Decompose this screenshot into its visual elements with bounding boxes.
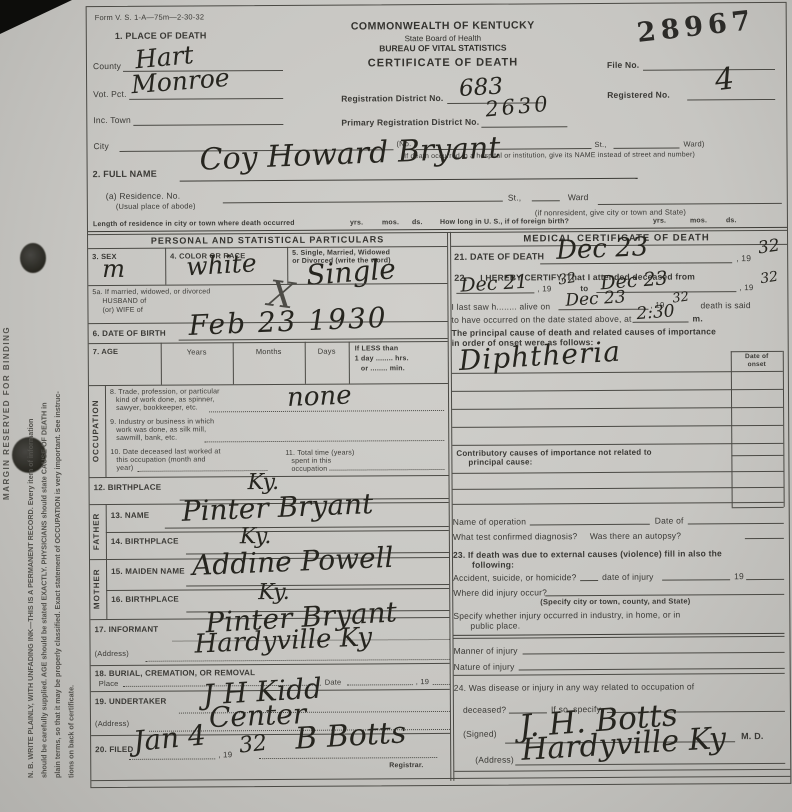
residence-ward-line: [598, 203, 782, 205]
filed-label: 20. FILED: [95, 745, 133, 754]
father-name-label: 13. NAME: [111, 511, 150, 520]
operation-line: [530, 524, 650, 526]
cell-divider: [165, 248, 166, 285]
row-line: [91, 663, 450, 666]
filed-date-value: Jan 4: [132, 721, 207, 756]
full-name-line: [180, 178, 638, 182]
registration-district-label: Registration District No.: [341, 93, 443, 104]
last-saw-year: 32: [672, 290, 690, 305]
occurred-label: to have occurred on the date stated abov…: [452, 314, 632, 325]
age-years-header: Years: [161, 347, 233, 356]
spouse-label-3: (or) WIFE of: [102, 307, 143, 314]
time-of-death-value: 2:30: [636, 303, 675, 323]
inc-town-line: [133, 124, 283, 126]
cause-of-death-value: Diphtheria: [458, 338, 622, 375]
deceased-label: deceased?: [463, 705, 506, 715]
abode-note: (Usual place of abode): [116, 201, 196, 210]
mother-name-value: Addine Powell: [192, 544, 395, 580]
signed-label: (Signed): [463, 729, 497, 739]
physician-address-label: (Address): [475, 755, 514, 765]
county-label: County: [93, 61, 121, 71]
dob-label: 6. DATE OF BIRTH: [93, 329, 166, 338]
trade-label-2: kind of work done, as spinner,: [116, 396, 215, 404]
last-worked-label-2: this occupation (month and: [116, 456, 205, 464]
occupation-question-label: 24. Was disease or injury in any way rel…: [454, 681, 695, 692]
specify-injury-label: Specify whether injury occurred in indus…: [453, 610, 680, 621]
trade-value: none: [287, 382, 353, 411]
trade-label-3: sawyer, bookkeeper, etc.: [116, 404, 198, 411]
residence-st-label: St.,: [508, 192, 522, 202]
autopsy-label: Was there an autopsy?: [590, 531, 681, 542]
father-birthplace-value: Ky.: [240, 526, 272, 548]
city-label: City: [93, 141, 109, 151]
nonresident-note: (if nonresident, give city or town and S…: [535, 207, 686, 217]
row-line: [89, 383, 448, 386]
total-time-leaders: [329, 469, 444, 471]
age-less-label-2: 1 day ........ hrs.: [355, 355, 409, 362]
contributory-label-2: principal cause:: [468, 457, 532, 466]
specify-injury-label-2: public place.: [470, 621, 520, 631]
death-said-label: death is said: [700, 300, 750, 310]
age-label: 7. AGE: [93, 347, 119, 356]
commonwealth-title: COMMONWEALTH OF KENTUCKY: [337, 19, 549, 32]
last-saw-value: Dec 23: [565, 289, 626, 309]
autopsy-line: [745, 538, 784, 539]
full-name-value: Coy Howard Bryant: [199, 133, 501, 175]
section-rule-inner: [453, 636, 784, 639]
onset-box-right: [783, 351, 785, 507]
industry-label-2: work was done, as silk mill,: [116, 426, 206, 434]
injury-year-label: 19: [734, 571, 744, 581]
attended-from-year: 32: [557, 271, 577, 287]
registered-no-line: [687, 99, 775, 101]
filed-year-value: 32: [238, 733, 268, 758]
mother-birthplace-label: 16. BIRTHPLACE: [111, 595, 179, 604]
injury-year-line: [746, 579, 784, 580]
spouse-label: 5a. If married, widowed, or divorced: [92, 288, 210, 296]
certificate-title: CERTIFICATE OF DEATH: [337, 56, 549, 69]
cause-rule: [452, 471, 783, 474]
specify-city-note: (Specify city or town, county, and State…: [540, 596, 690, 606]
where-injury-label: Where did injury occur?: [453, 587, 547, 598]
last-worked-label-3: year): [116, 465, 133, 472]
accident-label: Accident, suicide, or homicide?: [453, 572, 576, 583]
row-line: [89, 341, 448, 344]
onset-cell-rule: [731, 455, 783, 456]
last-worked-label: 10. Date deceased last worked at: [110, 448, 220, 456]
precinct-label: Vot. Pct.: [93, 89, 127, 99]
age-days-header: Days: [305, 347, 349, 356]
length-mos-label: mos.: [382, 219, 399, 226]
test-label: What test confirmed diagnosis?: [453, 531, 578, 542]
attended-from-year-label: , 19: [537, 284, 551, 293]
total-time-label-3: occupation: [291, 466, 327, 473]
onset-box-left: [731, 351, 733, 507]
industry-label: 9. Industry or business in which: [110, 418, 214, 426]
operation-label: Name of operation: [453, 516, 526, 526]
how-long-us-label: How long in U. S., if of foreign birth?: [440, 218, 569, 226]
file-no-line: [643, 69, 775, 71]
registered-no-value: 4: [713, 64, 735, 96]
occupation-side-label: OCCUPATION: [91, 387, 105, 475]
father-birthplace-label: 14. BIRTHPLACE: [111, 537, 179, 546]
burial-date-line: [347, 684, 413, 685]
date-of-death-year-value: 32: [757, 237, 781, 257]
burial-year-line: [433, 684, 450, 685]
cause-rule: [453, 487, 784, 490]
nature-injury-line: [519, 668, 785, 671]
race-value: white: [186, 250, 258, 279]
length-yrs-label: yrs.: [350, 219, 363, 226]
certificate-form: Form V. S. 1-A—75m—2-30-32 1. PLACE OF D…: [86, 2, 792, 788]
time-line: [633, 321, 689, 322]
burial-date-label: Date: [325, 678, 342, 687]
operation-date-line: [688, 523, 784, 525]
primary-district-label: Primary Registration District No.: [341, 117, 479, 128]
mother-side-label: MOTHER: [92, 561, 105, 617]
length-ds-label: ds.: [412, 219, 423, 226]
registered-no-label: Registered No.: [607, 90, 670, 100]
father-name-value: Pinter Bryant: [181, 490, 374, 526]
injury-date-line: [662, 579, 730, 580]
manner-injury-label: Manner of injury: [454, 646, 518, 656]
date-of-death-value: Dec 23: [556, 234, 649, 264]
undertaker-label: 19. UNDERTAKER: [95, 697, 167, 706]
onset-header-line: onset: [731, 360, 783, 368]
spouse-label-2: HUSBAND of: [102, 298, 146, 305]
place-of-death-heading: 1. PLACE OF DEATH: [115, 30, 207, 41]
filed-line: [129, 758, 215, 760]
age-less-label: If LESS than: [355, 345, 399, 352]
residence-ward-label: Ward: [568, 192, 589, 202]
cell-divider: [349, 342, 350, 384]
occupation-strip-divider: [105, 385, 107, 477]
margin-binding-note: MARGIN RESERVED FOR BINDING: [2, 170, 11, 500]
age-months-header: Months: [233, 347, 305, 356]
us-yrs-label: yrs.: [653, 218, 666, 225]
cause-rule: [453, 502, 784, 505]
informant-address-line: [146, 659, 450, 662]
bottom-rule: [454, 769, 790, 772]
registrar-label: Registrar.: [389, 762, 423, 769]
md-label: M. D.: [741, 731, 764, 741]
manner-injury-line: [523, 652, 785, 655]
birthplace-label: 12. BIRTHPLACE: [94, 483, 162, 492]
physician-address-value: Hardyville Ky: [520, 724, 726, 766]
margin-instruction-line: plain terms, so that it may be properly …: [51, 10, 65, 778]
cause-rule: [452, 425, 783, 428]
industry-leaders: [204, 440, 444, 442]
age-less-label-3: or ........ min.: [361, 365, 405, 372]
residence-line: [223, 201, 503, 204]
onset-header: Date of onset: [731, 353, 783, 368]
total-time-label: 11. Total time (years): [285, 450, 354, 457]
last-saw-line: [558, 309, 648, 311]
residence-label: (a) Residence. No.: [106, 191, 181, 201]
form-number: Form V. S. 1-A—75m—2-30-32: [95, 12, 205, 22]
date-of-death-label: 21. DATE OF DEATH: [454, 251, 544, 262]
full-name-label: 2. FULL NAME: [93, 169, 157, 179]
external-causes-label-2: following:: [472, 560, 514, 570]
precinct-line: [129, 98, 283, 100]
accident-line: [580, 580, 598, 581]
us-mos-label: mos.: [690, 217, 707, 224]
last-saw-label: I last saw h........ alive on: [451, 301, 550, 312]
margin-instruction-line: tions on back of certificate.: [65, 10, 79, 778]
inc-town-label: Inc. Town: [93, 115, 131, 125]
cause-rule: [452, 389, 783, 392]
filed-year-label: , 19: [218, 750, 232, 759]
margin-instructions: N. B. WRITE PLAINLY, WITH UNFADING INK—T…: [24, 10, 78, 778]
personal-section-heading: PERSONAL AND STATISTICAL PARTICULARS: [88, 234, 447, 246]
informant-address-value: Hardyville Ky: [194, 624, 373, 657]
injury-date-label: date of injury: [602, 572, 654, 582]
registrar-signature: B Botts: [294, 718, 407, 754]
onset-box-bottom: [732, 507, 784, 508]
form-bottom-inner-line: [91, 776, 790, 781]
row-line: [88, 246, 447, 249]
burial-year-label: , 19: [416, 677, 429, 686]
father-side-label: FATHER: [92, 505, 105, 557]
certificate-stamp-number: 28967: [635, 5, 757, 49]
dob-value: Feb 23 1930: [188, 304, 388, 340]
file-no-label: File No.: [607, 60, 639, 70]
attended-to-year: 32: [759, 270, 779, 286]
industry-label-3: sawmill, bank, etc.: [116, 435, 177, 442]
undertaker-address-label: (Address): [95, 719, 129, 728]
mother-name-line: [186, 584, 449, 587]
primary-district-value: 2630: [484, 94, 551, 121]
residence-st-line: [532, 200, 560, 201]
mother-name-label: 15. MAIDEN NAME: [111, 567, 185, 576]
margin-instruction-line: N. B. WRITE PLAINLY, WITH UNFADING INK—T…: [24, 10, 38, 778]
attended-to-year-label: , 19: [739, 283, 753, 292]
row-line: [106, 530, 449, 533]
length-residence-label: Length of residence in city or town wher…: [93, 220, 295, 228]
nature-injury-label: Nature of injury: [454, 662, 515, 672]
undertaker-address-value: Center: [208, 700, 306, 732]
date-of-death-year-label: , 19: [736, 253, 751, 263]
city-ward-label: Ward): [683, 139, 704, 148]
city-st-line: [613, 148, 679, 149]
sex-value: m: [102, 257, 125, 281]
margin-instruction-line: should be carefully supplied. AGE should…: [38, 10, 52, 778]
registrar-line: [259, 757, 437, 759]
primary-district-line: [481, 126, 567, 128]
operation-date-label: Date of: [655, 516, 684, 526]
burial-place-label: Place: [99, 679, 119, 688]
city-st-label: St.,: [594, 140, 606, 149]
bureau-subtitle: BUREAU OF VITAL STATISTICS: [337, 42, 549, 53]
death-certificate-scan: MARGIN RESERVED FOR BINDING N. B. WRITE …: [0, 0, 792, 812]
time-m-label: m.: [693, 313, 703, 323]
informant-address-label: (Address): [95, 649, 129, 658]
cause-rule: [452, 407, 783, 410]
external-causes-label: 23. If death was due to external causes …: [453, 548, 722, 560]
cause-rule: [452, 443, 783, 446]
informant-label: 17. INFORMANT: [94, 625, 158, 634]
total-time-label-2: spent in this: [291, 458, 331, 465]
us-ds-label: ds.: [726, 217, 737, 224]
trade-label: 8. Trade, profession, or particular: [110, 388, 220, 396]
section-rule: [454, 673, 785, 676]
precinct-value: Monroe: [130, 65, 230, 97]
mother-strip-divider: [106, 559, 107, 619]
contributory-label: Contributory causes of importance not re…: [456, 448, 651, 458]
